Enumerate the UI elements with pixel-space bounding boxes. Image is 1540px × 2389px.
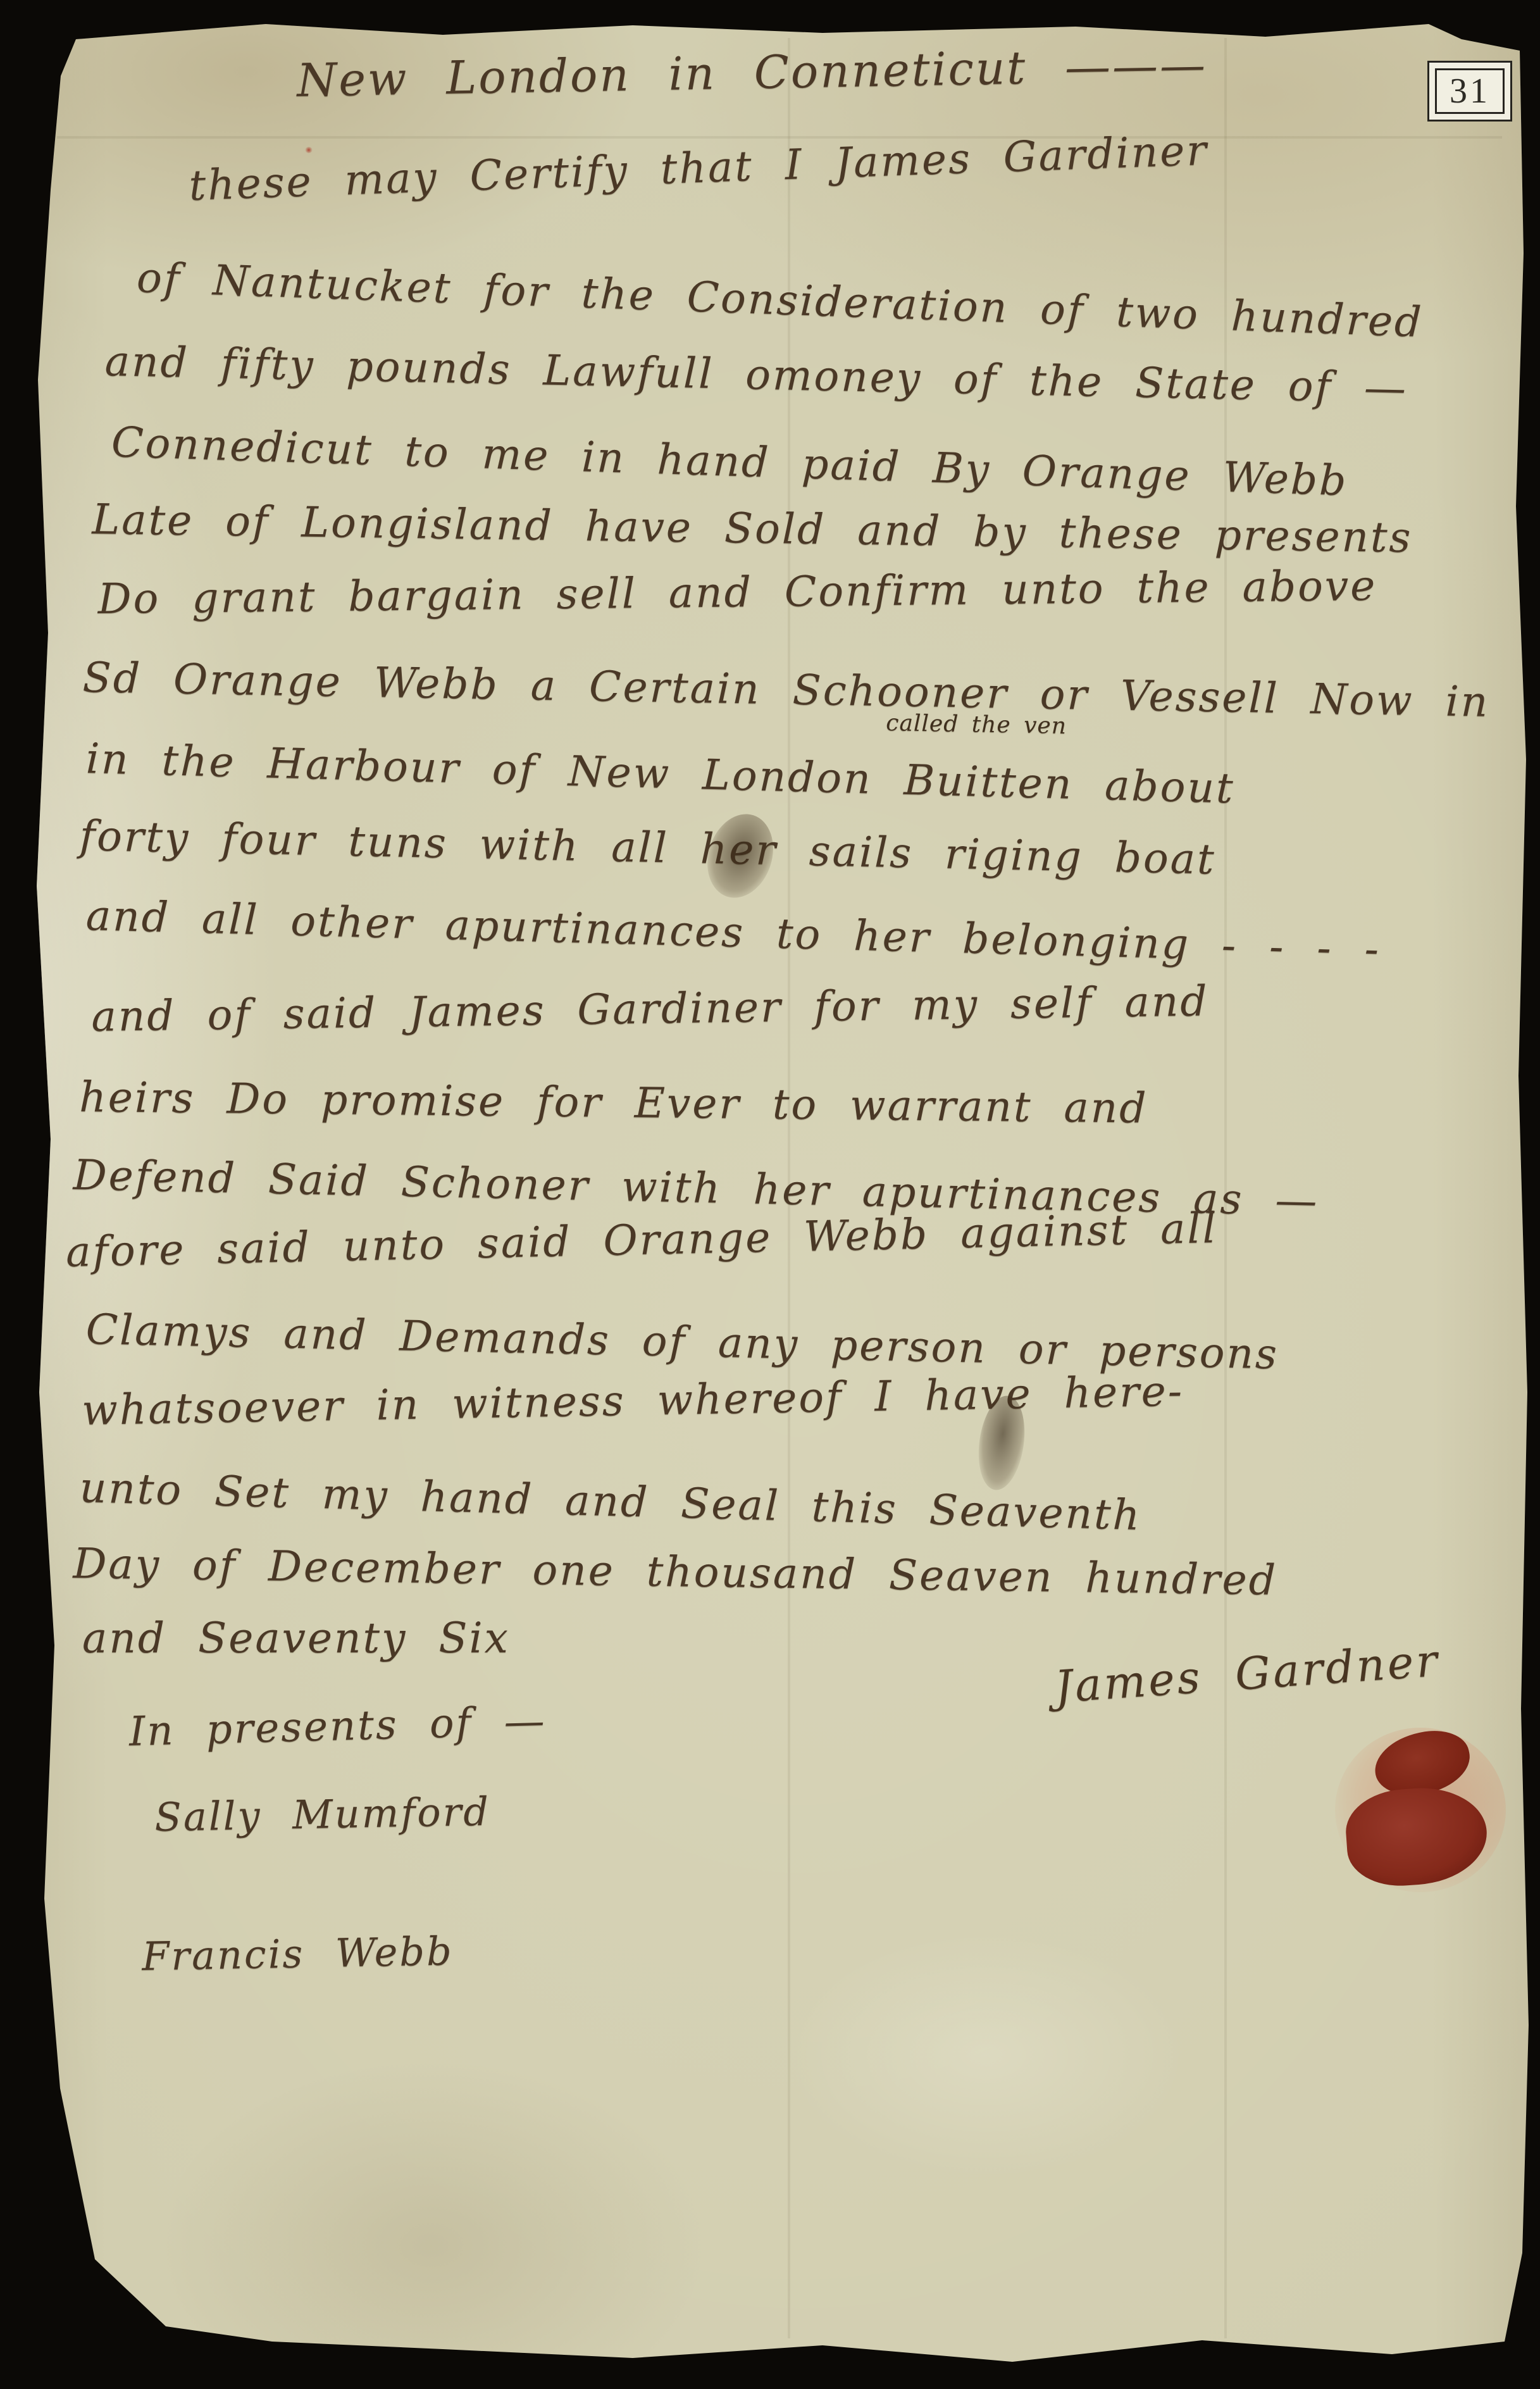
paper-crease-horizontal [57,136,1502,139]
manuscript-line: heirs Do promise for Ever to warrant and [79,1073,1148,1133]
manuscript-line: and Seaventy Six [82,1614,510,1662]
interlinear-insertion: called the ven [886,710,1067,739]
manuscript-line: Do grant bargain sell and Confirm unto t… [97,561,1377,623]
manuscript-line: and all other apurtinances to her belong… [85,891,1381,974]
manuscript-line: and of said James Gardiner for my self a… [91,976,1209,1041]
red-wax-seal [1335,1728,1506,1892]
manuscript-line: Late of Longisland have Sold and by thes… [92,495,1413,562]
page-number: 31 [1450,71,1490,111]
manuscript-line: of Nantucket for the Consideration of tw… [136,253,1424,347]
manuscript-line: afore said unto said Orange Webb against… [65,1204,1218,1276]
page-number-label: 31 [1427,61,1512,122]
manuscript-line: Day of December one thousand Seaven hund… [73,1539,1278,1605]
witness-signature: Sally Mumford [154,1788,491,1840]
manuscript-line: and fifty pounds Lawfull omoney of the S… [104,337,1408,413]
manuscript-line: in the Harbour of New London Buitten abo… [85,734,1236,813]
manuscript-line: forty four tuns with all her sails rigin… [79,811,1216,884]
manuscript-line: Connedicut to me in hand paid By Orange … [111,418,1349,505]
manuscript-line: Sd Orange Webb a Certain Schooner or Ves… [82,653,1490,727]
grantor-signature: James Gardner [1053,1635,1441,1713]
document-heading: New London in Conneticut ——— [297,38,1208,107]
red-ink-speck [305,147,313,153]
ink-blot [697,806,784,906]
manuscript-page: New London in Conneticut ——— these may C… [0,0,1540,2389]
attestation-clause: In presents of — [128,1698,547,1756]
witness-signature: Francis Webb [142,1928,454,1980]
